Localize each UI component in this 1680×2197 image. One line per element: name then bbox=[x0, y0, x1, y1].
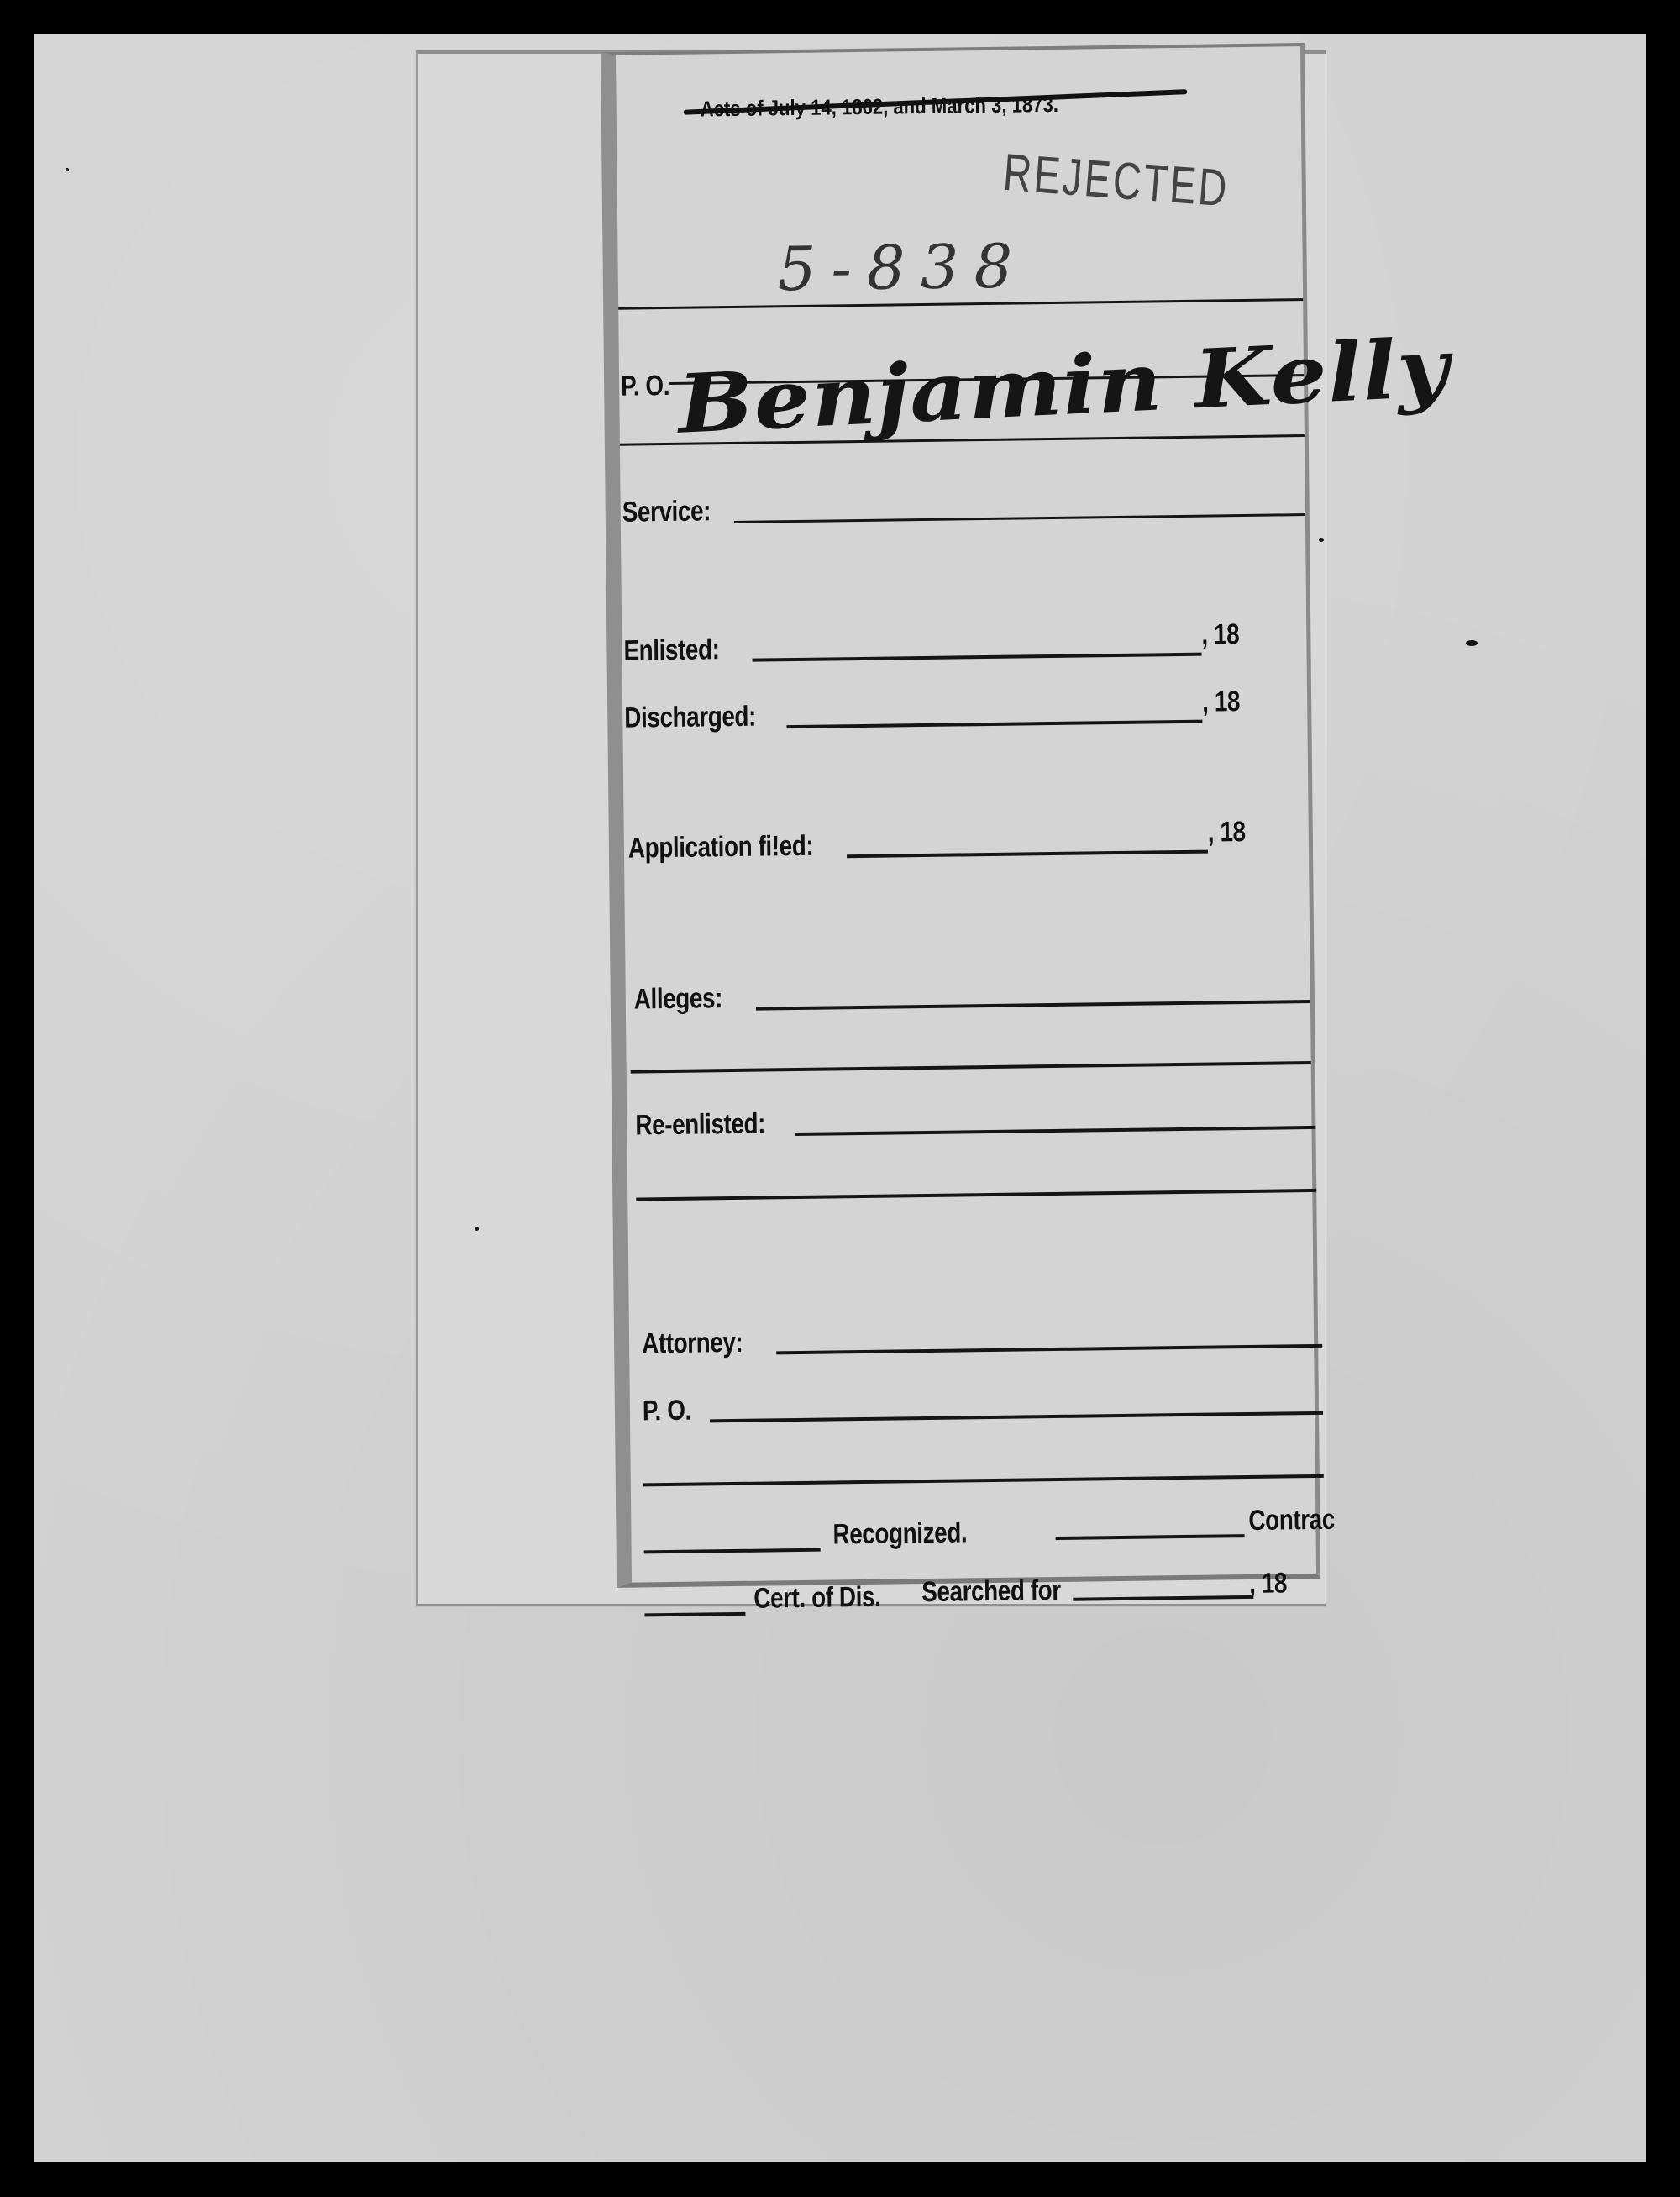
reenlisted-label: Re-enlisted: bbox=[635, 1108, 765, 1143]
speck bbox=[1466, 640, 1478, 646]
alleges-rule bbox=[756, 1000, 1310, 1011]
speck bbox=[475, 1227, 479, 1231]
application-filed-label: Application fi!ed: bbox=[628, 830, 814, 865]
searched-for-label: Searched for bbox=[921, 1574, 1061, 1609]
scanned-page: Acts of July 14, 1862, and March 3, 1873… bbox=[34, 34, 1646, 2162]
speck bbox=[1319, 538, 1324, 542]
rejected-stamp: REJECTED bbox=[1001, 143, 1231, 219]
index-card: Acts of July 14, 1862, and March 3, 1873… bbox=[601, 43, 1320, 1588]
attorney-extra-rule bbox=[643, 1474, 1324, 1487]
recognized-label: Recognized. bbox=[832, 1516, 967, 1551]
attorney-po-label: P. O. bbox=[643, 1395, 691, 1428]
searched-for-year: , 18 bbox=[1249, 1567, 1287, 1600]
service-label: Service: bbox=[622, 495, 711, 528]
cert-of-dis-rule bbox=[644, 1612, 745, 1617]
service-rule bbox=[734, 513, 1305, 523]
alleges-rule-2 bbox=[631, 1061, 1311, 1074]
reenlisted-rule bbox=[795, 1126, 1315, 1136]
enlisted-rule bbox=[753, 653, 1202, 662]
reenlisted-rule-2 bbox=[636, 1189, 1316, 1201]
alleges-label: Alleges: bbox=[634, 982, 723, 1016]
application-filed-rule bbox=[847, 850, 1208, 859]
discharged-year: , 18 bbox=[1202, 686, 1240, 719]
discharged-rule bbox=[786, 720, 1202, 728]
enlisted-label: Enlisted: bbox=[623, 633, 719, 667]
contract-label: Contrac bbox=[1248, 1504, 1335, 1537]
discharged-label: Discharged: bbox=[624, 701, 756, 735]
application-filed-year: , 18 bbox=[1208, 816, 1246, 849]
handwritten-name: Benjamin Kelly bbox=[676, 320, 1452, 452]
speck bbox=[66, 168, 69, 171]
attorney-rule bbox=[776, 1344, 1322, 1355]
po-label: P. O. bbox=[621, 370, 669, 403]
handwritten-number: 5-838 bbox=[777, 230, 1027, 304]
attorney-label: Attorney: bbox=[642, 1327, 743, 1361]
contract-rule bbox=[1056, 1534, 1245, 1540]
attorney-po-rule bbox=[710, 1411, 1323, 1423]
cert-of-dis-label: Cert. of Dis. bbox=[753, 1581, 881, 1616]
recognized-rule bbox=[644, 1548, 821, 1554]
enlisted-year: , 18 bbox=[1201, 618, 1239, 652]
